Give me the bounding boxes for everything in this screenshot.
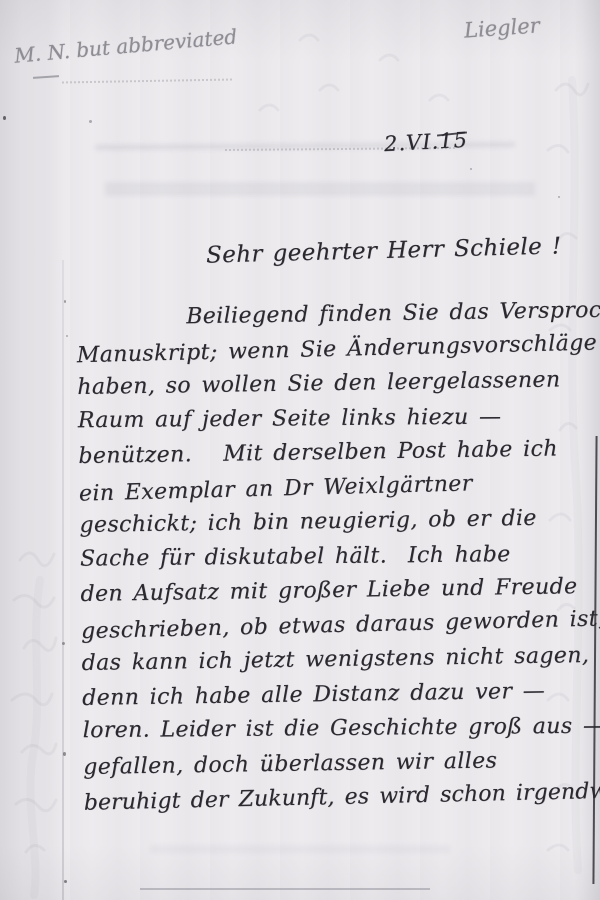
salutation: Sehr geehrter Herr Schiele ! xyxy=(206,233,562,268)
pencil-dotted-line xyxy=(62,79,232,84)
speck xyxy=(470,168,472,170)
pencil-annotation-right: Liegler xyxy=(463,13,540,42)
crease-smudge xyxy=(105,182,535,196)
letter-line: Sache für diskutabel hält. Ich habe xyxy=(80,537,585,577)
letter-line: loren. Leider ist die Geschichte groß au… xyxy=(83,710,588,749)
speck xyxy=(66,335,68,337)
speck xyxy=(89,120,92,123)
speck xyxy=(64,300,66,303)
speck xyxy=(558,196,560,198)
paper-edge-line-left xyxy=(62,260,64,900)
speck xyxy=(64,880,67,883)
paper-edge-line-right xyxy=(592,436,597,884)
scanned-letter-page: M. N. but abbreviated Liegler 2.VI.15 Se… xyxy=(0,0,600,900)
speck xyxy=(3,116,6,120)
pencil-annotation-left: M. N. but abbreviated xyxy=(13,24,238,67)
letter-body: Beiliegend finden Sie das Versprochene M… xyxy=(76,294,589,819)
crease-smudge xyxy=(150,845,450,853)
letter-line: Raum auf jeder Seite links hiezu — xyxy=(78,399,583,438)
pencil-underline xyxy=(33,75,59,79)
paper-edge-line-bottom xyxy=(140,888,430,890)
